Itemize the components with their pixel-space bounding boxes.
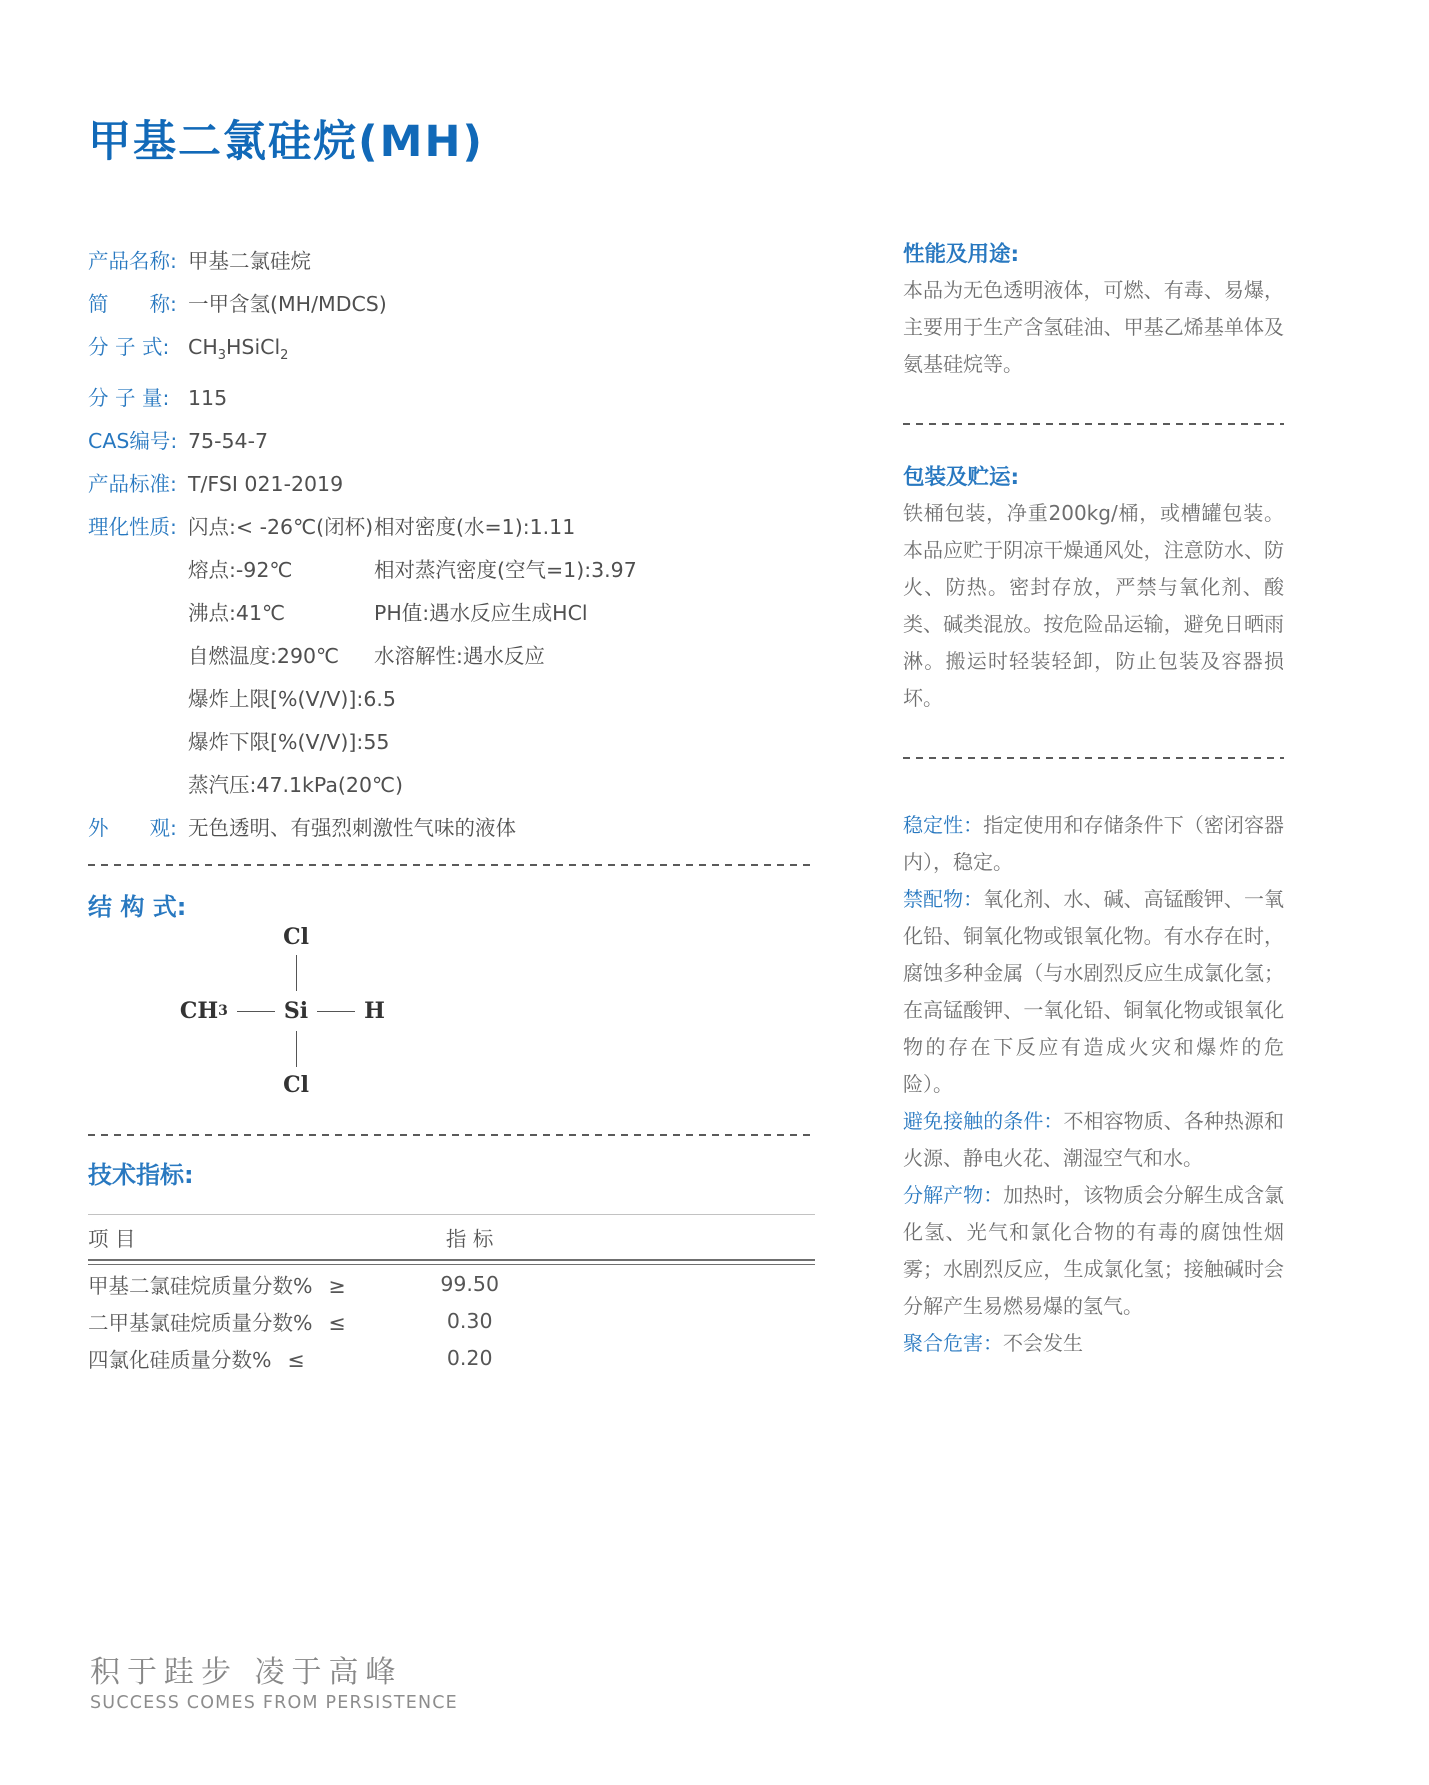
- info-row-product-name: 产品名称: 甲基二氯硅烷: [88, 240, 815, 283]
- decomposition-item: 分解产物：加热时，该物质会分解生成含氯化氢、光气和氯化合物的有毒的腐蚀性烟雾；水…: [903, 1177, 1284, 1325]
- phys-row: 爆炸上限[%(V/V)]:6.5: [188, 678, 815, 721]
- bond-vertical: [296, 1031, 297, 1067]
- phys-value: 熔点:-92℃: [188, 549, 374, 592]
- stability-item: 稳定性：指定使用和存储条件下（密闭容器内），稳定。: [903, 807, 1284, 881]
- spec-item: 二甲基氯硅烷质量分数%≤: [88, 1306, 379, 1336]
- field-value: 甲基二氯硅烷: [188, 240, 311, 283]
- field-value: 无色透明、有强烈刺激性气味的液体: [188, 807, 516, 850]
- formula-part: HSiCl: [226, 335, 280, 359]
- dashed-divider: [88, 864, 815, 866]
- table-row: 甲基二氯硅烷质量分数%≥ 99.50: [88, 1265, 815, 1302]
- dashed-divider: [903, 423, 1284, 425]
- phys-value: PH值:遇水反应生成HCl: [374, 592, 588, 635]
- inline-label-decomposition: 分解产物：: [903, 1183, 1003, 1207]
- inline-label-polymerization: 聚合危害：: [903, 1331, 1003, 1355]
- phys-value: 闪点:< -26℃(闭杯): [188, 506, 374, 549]
- spec-relation: ≤: [287, 1348, 304, 1372]
- spec-item: 四氯化硅质量分数%≤: [88, 1343, 379, 1373]
- footer-slogan-en: SUCCESS COMES FROM PERSISTENCE: [90, 1690, 458, 1716]
- section-body-packaging: 铁桶包装，净重200kg/桶，或槽罐包装。本品应贮于阴凉干燥通风处，注意防水、防…: [903, 495, 1284, 717]
- field-label: 外 观:: [88, 807, 188, 850]
- polymerization-item: 聚合危害：不会发生: [903, 1325, 1284, 1362]
- atom-ch-subscript: 3: [218, 996, 228, 1026]
- inline-label-incompatibles: 禁配物：: [903, 887, 983, 911]
- hydrogen-group: H: [308, 996, 385, 1026]
- phys-value: 爆炸下限[%(V/V)]:55: [188, 721, 389, 764]
- field-value: 115: [188, 377, 227, 420]
- phys-value: 相对密度(水=1):1.11: [374, 506, 575, 549]
- inline-label-avoid-conditions: 避免接触的条件：: [903, 1109, 1063, 1133]
- phys-value: 自燃温度:290℃: [188, 635, 374, 678]
- info-row-short-name: 简 称: 一甲含氢(MH/MDCS): [88, 283, 815, 326]
- phys-value: 水溶解性:遇水反应: [374, 635, 545, 678]
- footer-slogan-cn: 积于跬步 凌于高峰: [90, 1656, 458, 1690]
- spec-value: 99.50: [379, 1272, 561, 1296]
- formula-part: CH: [188, 335, 218, 359]
- column-header-item: 项 目: [88, 1222, 379, 1252]
- formula-subscript: 2: [280, 348, 288, 363]
- page-title: 甲基二氯硅烷(MH): [88, 108, 484, 169]
- specs-heading: 技术指标:: [88, 1160, 815, 1190]
- specs-table-header: 项 目 指 标: [88, 1214, 815, 1259]
- structure-formula: Cl CH3 Si H Cl: [146, 924, 446, 1098]
- phys-value: 蒸汽压:47.1kPa(20℃): [188, 764, 403, 807]
- specs-table: 项 目 指 标 甲基二氯硅烷质量分数%≥ 99.50 二甲基氯硅烷质量分数%≤ …: [88, 1214, 815, 1376]
- info-row-molecular-formula: 分 子 式: CH3HSiCl2: [88, 326, 815, 377]
- bond-vertical: [296, 955, 297, 991]
- spec-relation: ≥: [328, 1274, 345, 1298]
- spec-relation: ≤: [328, 1311, 345, 1335]
- field-value: 一甲含氢(MH/MDCS): [188, 283, 387, 326]
- avoid-conditions-item: 避免接触的条件：不相容物质、各种热源和火源、静电火花、潮湿空气和水。: [903, 1103, 1284, 1177]
- spec-item-text: 四氯化硅质量分数%: [88, 1348, 271, 1372]
- phys-value: 沸点:41℃: [188, 592, 374, 635]
- incompatibles-item: 禁配物：氧化剂、水、碱、高锰酸钾、一氧化铅、铜氧化物或银氧化物。有水存在时，腐蚀…: [903, 881, 1284, 1103]
- structure-center-row: CH3 Si H: [146, 996, 446, 1026]
- phys-value: 相对蒸汽密度(空气=1):3.97: [374, 549, 637, 592]
- atom-si: Si: [284, 996, 308, 1026]
- molecular-formula: CH3HSiCl2: [188, 326, 288, 377]
- table-row: 四氯化硅质量分数%≤ 0.20: [88, 1339, 815, 1376]
- phys-row: 爆炸下限[%(V/V)]:55: [188, 721, 815, 764]
- info-row-molecular-weight: 分 子 量: 115: [88, 377, 815, 420]
- footer: 积于跬步 凌于高峰 SUCCESS COMES FROM PERSISTENCE: [90, 1656, 458, 1716]
- info-row-appearance: 外 观: 无色透明、有强烈刺激性气味的液体: [88, 807, 815, 850]
- inline-label-stability: 稳定性：: [903, 813, 983, 837]
- spec-item: 甲基二氯硅烷质量分数%≥: [88, 1269, 379, 1299]
- field-label: 理化性质:: [88, 506, 188, 549]
- section-body-performance: 本品为无色透明液体，可燃、有毒、易爆，主要用于生产含氢硅油、甲基乙烯基单体及氨基…: [903, 272, 1284, 383]
- phys-row: 闪点:< -26℃(闭杯) 相对密度(水=1):1.11: [188, 506, 815, 549]
- section-heading-performance: 性能及用途:: [903, 238, 1284, 272]
- structure-heading: 结 构 式:: [88, 892, 815, 922]
- info-row-cas-number: CAS编号: 75-54-7: [88, 420, 815, 463]
- dashed-divider: [903, 757, 1284, 759]
- spec-value: 0.20: [379, 1346, 561, 1370]
- incompatibles-text: 氧化剂、水、碱、高锰酸钾、一氧化铅、铜氧化物或银氧化物。有水存在时，腐蚀多种金属…: [903, 887, 1284, 1096]
- polymerization-text: 不会发生: [1003, 1331, 1083, 1355]
- spec-item-text: 甲基二氯硅烷质量分数%: [88, 1274, 312, 1298]
- field-label: 简 称:: [88, 283, 188, 326]
- phys-row: 蒸汽压:47.1kPa(20℃): [188, 764, 815, 807]
- field-label: 产品名称:: [88, 240, 188, 283]
- column-header-value: 指 标: [379, 1222, 561, 1252]
- field-label: 产品标准:: [88, 463, 188, 506]
- atom-ch: CH: [180, 996, 218, 1026]
- atom-cl-bottom: Cl: [146, 1072, 446, 1098]
- left-column: 产品名称: 甲基二氯硅烷 简 称: 一甲含氢(MH/MDCS) 分 子 式: C…: [88, 240, 815, 1376]
- info-row-product-standard: 产品标准: T/FSI 021-2019: [88, 463, 815, 506]
- bond-horizontal: [237, 1011, 275, 1012]
- field-label: CAS编号:: [88, 420, 188, 463]
- phys-value: 爆炸上限[%(V/V)]:6.5: [188, 678, 396, 721]
- table-row: 二甲基氯硅烷质量分数%≤ 0.30: [88, 1302, 815, 1339]
- phys-row: 自燃温度:290℃ 水溶解性:遇水反应: [188, 635, 815, 678]
- atom-cl-top: Cl: [146, 924, 446, 950]
- field-value: 75-54-7: [188, 420, 268, 463]
- field-value: T/FSI 021-2019: [188, 463, 343, 506]
- formula-subscript: 3: [218, 348, 226, 363]
- spec-value: 0.30: [379, 1309, 561, 1333]
- field-label: 分 子 式:: [88, 326, 188, 369]
- safety-section: 稳定性：指定使用和存储条件下（密闭容器内），稳定。 禁配物：氧化剂、水、碱、高锰…: [903, 807, 1284, 1362]
- right-column: 性能及用途: 本品为无色透明液体，可燃、有毒、易爆，主要用于生产含氢硅油、甲基乙…: [903, 238, 1284, 1362]
- methyl-group: CH3: [180, 996, 284, 1026]
- atom-h: H: [364, 996, 385, 1026]
- phys-row: 熔点:-92℃ 相对蒸汽密度(空气=1):3.97: [188, 549, 815, 592]
- datasheet-page: 甲基二氯硅烷(MH) 产品名称: 甲基二氯硅烷 简 称: 一甲含氢(MH/MDC…: [0, 0, 1429, 1785]
- info-row-physchem-properties: 理化性质: 闪点:< -26℃(闭杯) 相对密度(水=1):1.11 熔点:-9…: [88, 506, 815, 807]
- phys-row: 沸点:41℃ PH值:遇水反应生成HCl: [188, 592, 815, 635]
- physchem-grid: 闪点:< -26℃(闭杯) 相对密度(水=1):1.11 熔点:-92℃ 相对蒸…: [188, 506, 815, 807]
- field-label: 分 子 量:: [88, 377, 188, 420]
- spec-item-text: 二甲基氯硅烷质量分数%: [88, 1311, 312, 1335]
- bond-horizontal: [317, 1011, 355, 1012]
- section-heading-packaging: 包装及贮运:: [903, 461, 1284, 495]
- dashed-divider: [88, 1134, 815, 1136]
